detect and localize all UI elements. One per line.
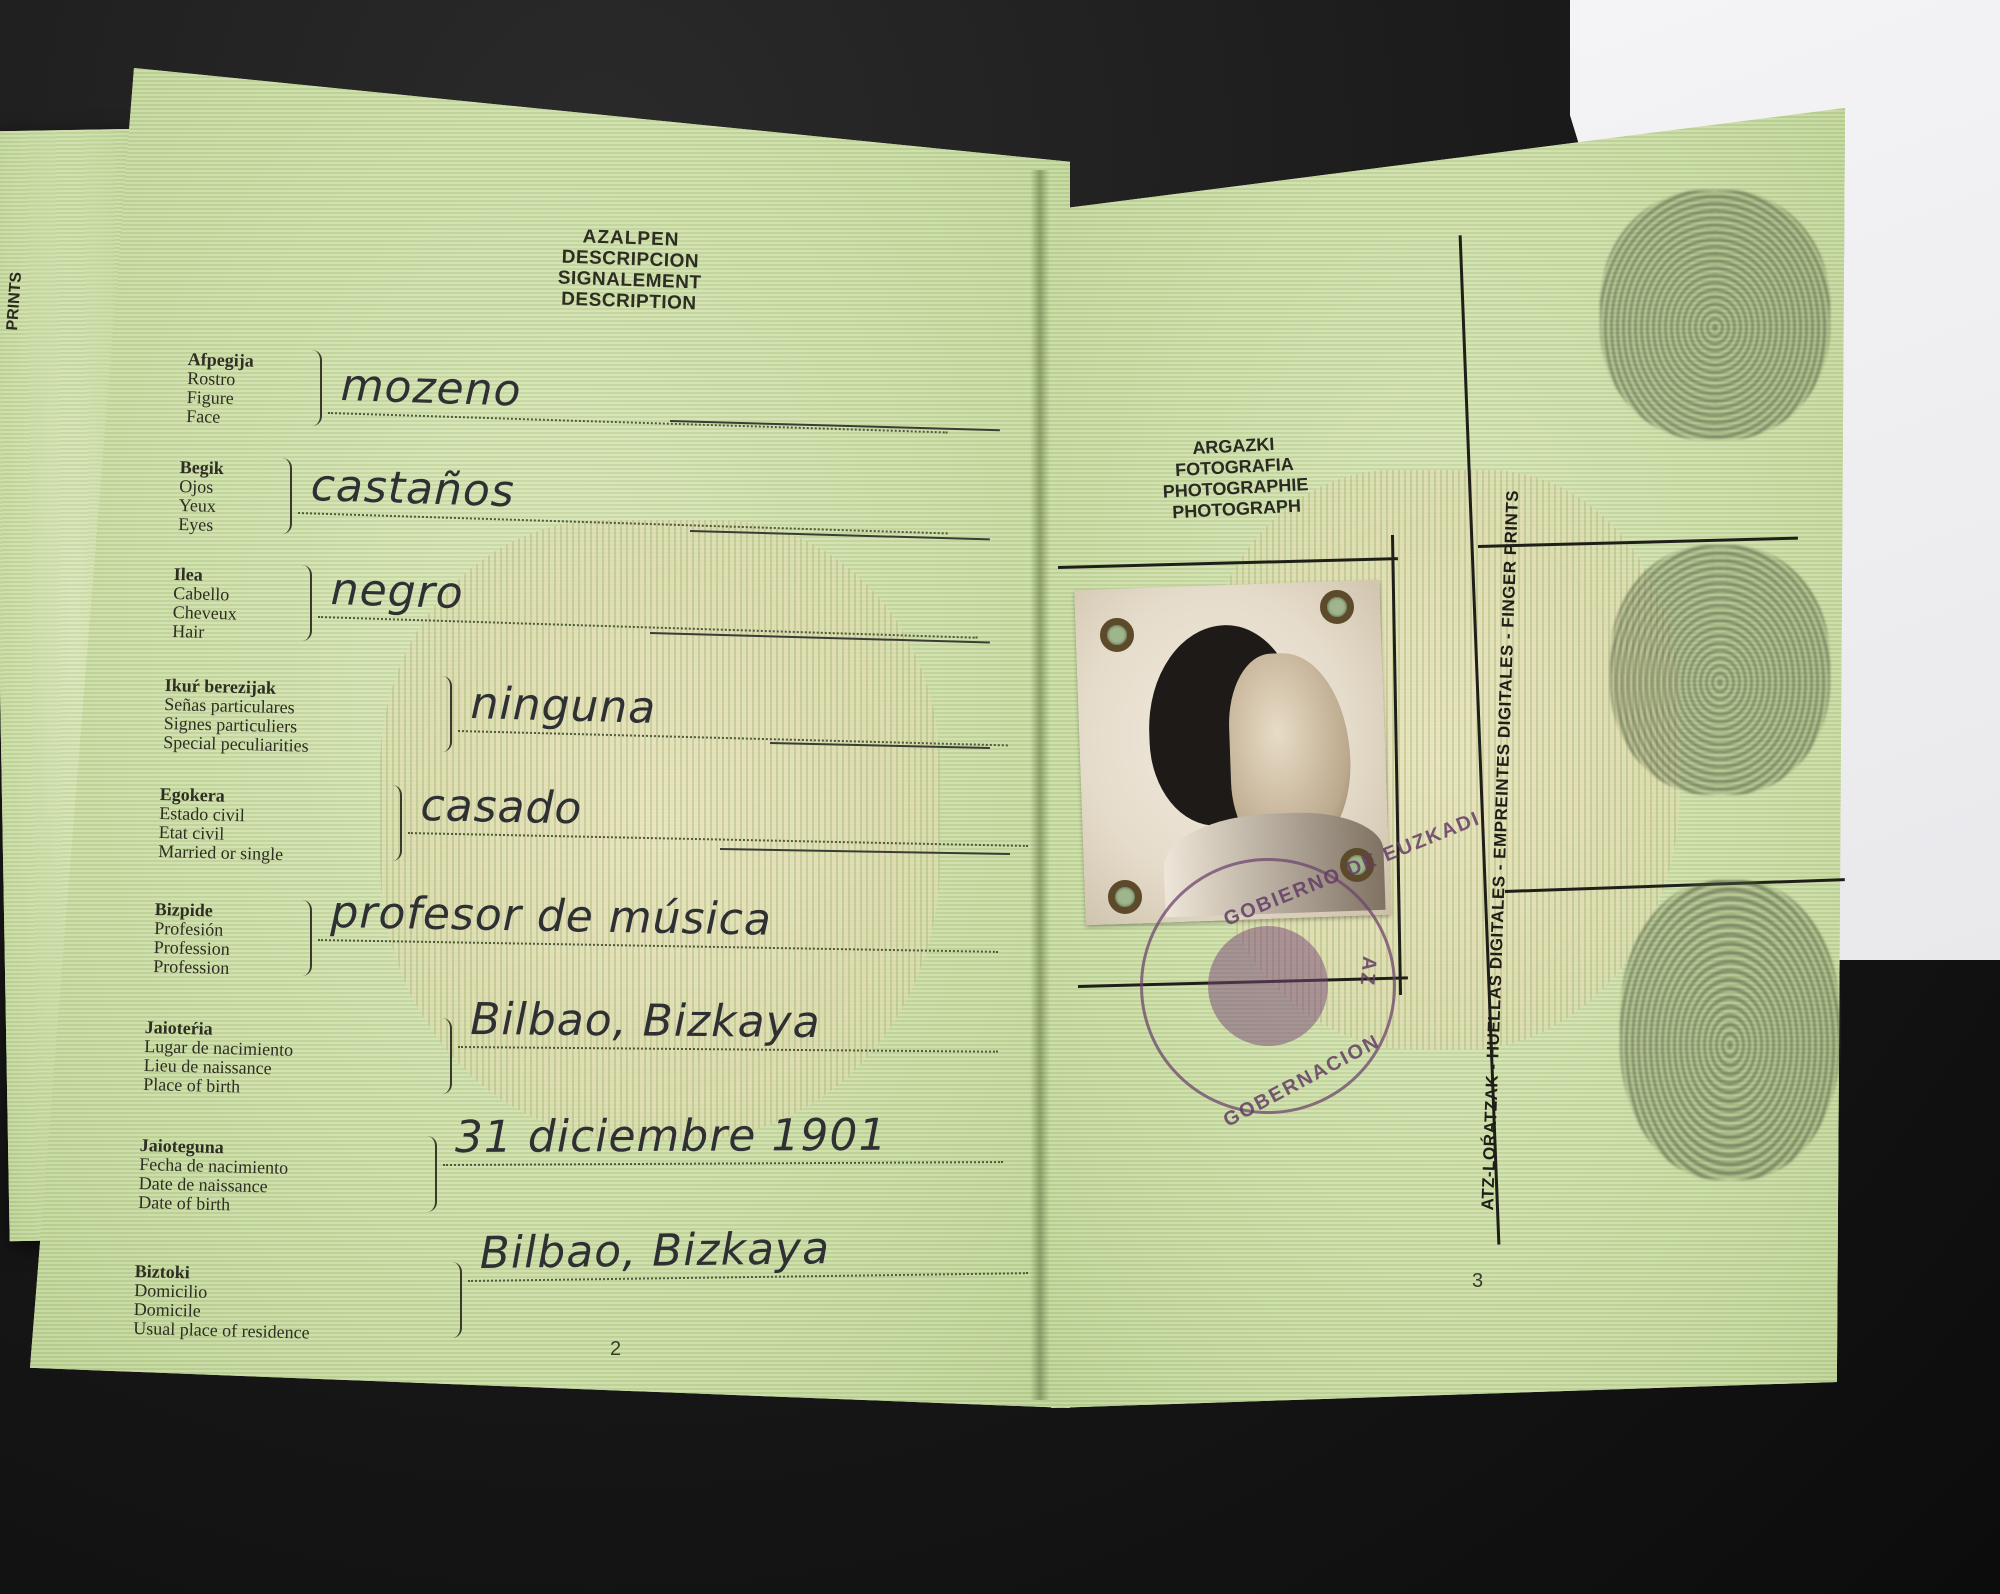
brace <box>310 350 322 426</box>
handwritten-value: 31 diciembre 1901 <box>455 1110 888 1163</box>
field-label-group: EgokeraEstado civilEtat civilMarried or … <box>158 785 285 864</box>
field-label-translation: Profession <box>153 957 229 978</box>
field-label-basque: Begik <box>180 458 224 478</box>
brace <box>425 1136 437 1212</box>
field-label-translation: Date of birth <box>138 1193 287 1216</box>
brace <box>280 458 292 534</box>
field-label-group: BegikOjosYeuxEyes <box>178 458 224 535</box>
field-label-group: BiztokiDomicilioDomicileUsual place of r… <box>133 1262 311 1343</box>
field-label-group: JaioteŕiaLugar de nacimientoLieu de nais… <box>143 1018 294 1098</box>
fingerprint-1 <box>1600 190 1830 440</box>
brace <box>440 1018 452 1094</box>
field-label-translation: Ojos <box>179 477 223 497</box>
fingerprint-3 <box>1620 880 1840 1180</box>
handwritten-value: Bilbao, Bizkaya <box>470 994 821 1048</box>
eyelet-bottom-left <box>1108 880 1142 914</box>
handwritten-value: castaños <box>310 460 516 517</box>
field-label-group: AfpegijaRostroFigureFace <box>186 350 254 428</box>
field-label-group: BizpideProfesiónProfessionProfession <box>153 900 231 978</box>
photograph-heading: ARGAZKI FOTOGRAFIA PHOTOGRAPHIE PHOTOGRA… <box>1123 430 1347 525</box>
brace <box>300 565 312 641</box>
eyelet-top-left <box>1100 618 1134 652</box>
field-label-translation: Special peculiarities <box>163 733 309 756</box>
brace <box>390 785 402 861</box>
page-number-left: 2 <box>610 1338 621 1361</box>
brace <box>300 900 312 976</box>
book-gutter <box>1030 170 1050 1400</box>
page-number-right: 3 <box>1472 1270 1483 1293</box>
field-label-translation: Hair <box>172 622 236 643</box>
brace <box>450 1262 462 1338</box>
field-label-group: JaiotegunaFecha de nacimientoDate de nai… <box>138 1136 289 1216</box>
description-heading: AZALPEN DESCRIPCION SIGNALEMENT DESCRIPT… <box>529 225 732 316</box>
handwritten-value: Bilbao, Bizkaya <box>479 1223 830 1279</box>
stamp-coat-of-arms <box>1208 926 1328 1046</box>
brace <box>440 676 452 752</box>
field-label-translation: Eyes <box>178 515 222 535</box>
handwritten-value: profesor de música <box>330 887 772 946</box>
field-label-translation: Yeux <box>179 496 223 516</box>
stamp-side-text: AZ <box>1355 955 1381 988</box>
handwritten-value: casado <box>420 780 583 834</box>
eyelet-top-right <box>1320 590 1354 624</box>
fingerprint-2 <box>1610 545 1830 795</box>
handwritten-value: negro <box>330 564 464 619</box>
handwritten-value: ninguna <box>470 678 657 734</box>
field-label-translation: Married or single <box>158 842 283 864</box>
field-label-group: IleaCabelloCheveuxHair <box>172 565 238 643</box>
field-label-group: Ikuŕ berezijakSeñas particularesSignes p… <box>163 676 310 756</box>
field-label-translation: Face <box>186 407 252 428</box>
handwritten-value: mozeno <box>340 360 522 417</box>
field-label-translation: Place of birth <box>143 1075 292 1098</box>
